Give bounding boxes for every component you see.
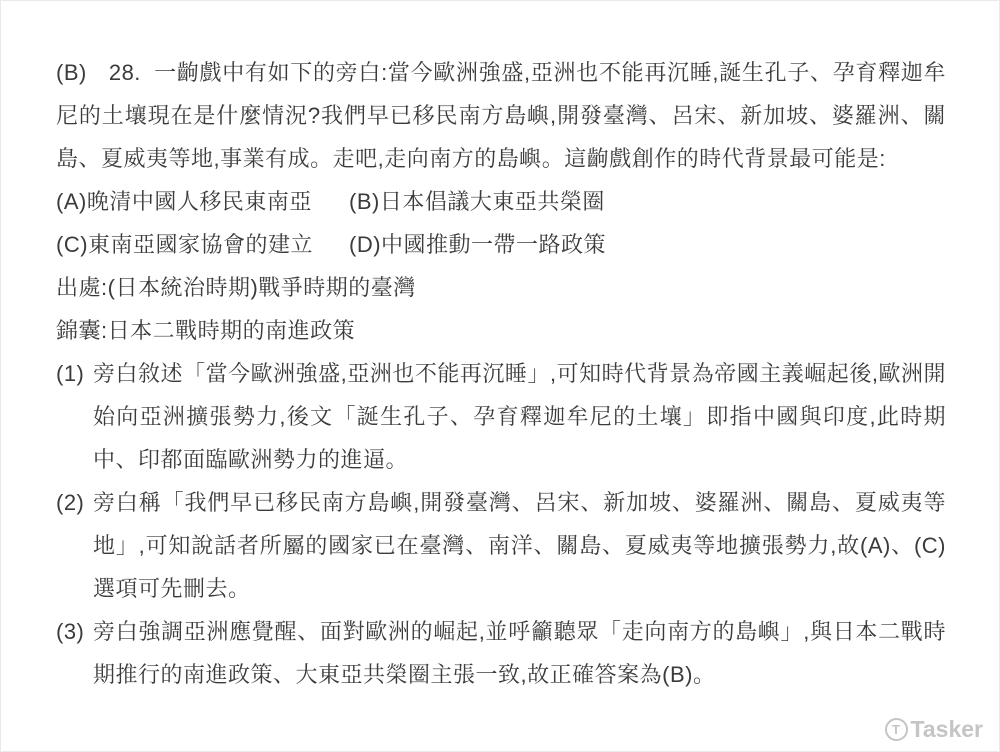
tasker-watermark-text: Tasker [911,716,983,743]
option-d-label: (D) [349,232,381,257]
explanation-1-number: (1) [56,352,93,395]
explanation-2-text: 旁白稱「我們早已移民南方島嶼,開發臺灣、呂宋、新加坡、婆羅洲、關島、夏威夷等地」… [93,481,946,610]
option-b-text: 日本倡議大東亞共榮圈 [380,189,605,214]
explanation-1-text: 旁白敘述「當今歐洲強盛,亞洲也不能再沉睡」,可知時代背景為帝國主義崛起後,歐洲開… [93,352,946,481]
option-d: (D)中國推動一帶一路政策 [349,223,606,266]
options-list: (A)晚清中國人移民東南亞 (B)日本倡議大東亞共榮圈 (C)東南亞國家協會的建… [56,180,946,266]
source-line: 出處:(日本統治時期)戰爭時期的臺灣 [56,266,946,309]
option-c-text: 東南亞國家協會的建立 [88,232,313,257]
question-paragraph: (B)28.一齣戲中有如下的旁白:當今歐洲強盛,亞洲也不能再沉睡,誕生孔子、孕育… [56,51,946,180]
option-a: (A)晚清中國人移民東南亞 [56,180,349,223]
answer-label: (B) [56,60,87,85]
option-c: (C)東南亞國家協會的建立 [56,223,349,266]
hint-label: 錦囊: [56,318,108,343]
tasker-watermark: T Tasker [885,716,983,743]
hint-line: 錦囊:日本二戰時期的南進政策 [56,309,946,352]
option-d-text: 中國推動一帶一路政策 [381,232,606,257]
question-text: 一齣戲中有如下的旁白:當今歐洲強盛,亞洲也不能再沉睡,誕生孔子、孕育釋迦牟尼的土… [56,60,946,171]
explanation-item-2: (2) 旁白稱「我們早已移民南方島嶼,開發臺灣、呂宋、新加坡、婆羅洲、關島、夏威… [56,481,946,610]
options-row-2: (C)東南亞國家協會的建立 (D)中國推動一帶一路政策 [56,223,946,266]
explanation-3-number: (3) [56,610,93,653]
explanation-item-3: (3) 旁白強調亞洲應覺醒、面對歐洲的崛起,並呼籲聽眾「走向南方的島嶼」,與日本… [56,610,946,696]
option-b: (B)日本倡議大東亞共榮圈 [349,180,605,223]
option-c-label: (C) [56,232,88,257]
option-a-text: 晚清中國人移民東南亞 [87,189,312,214]
hint-text: 日本二戰時期的南進政策 [108,318,356,343]
tasker-logo-icon: T [885,718,908,741]
question-number: 28. [109,60,141,85]
option-b-label: (B) [349,189,380,214]
option-a-label: (A) [56,189,87,214]
source-label: 出處: [56,275,108,300]
source-text: (日本統治時期)戰爭時期的臺灣 [108,275,416,300]
explanation-item-1: (1) 旁白敘述「當今歐洲強盛,亞洲也不能再沉睡」,可知時代背景為帝國主義崛起後… [56,352,946,481]
exam-solution-content: (B)28.一齣戲中有如下的旁白:當今歐洲強盛,亞洲也不能再沉睡,誕生孔子、孕育… [56,51,946,696]
explanation-2-number: (2) [56,481,93,524]
options-row-1: (A)晚清中國人移民東南亞 (B)日本倡議大東亞共榮圈 [56,180,946,223]
explanation-3-text: 旁白強調亞洲應覺醒、面對歐洲的崛起,並呼籲聽眾「走向南方的島嶼」,與日本二戰時期… [93,610,946,696]
document-page: (B)28.一齣戲中有如下的旁白:當今歐洲強盛,亞洲也不能再沉睡,誕生孔子、孕育… [0,0,1000,752]
